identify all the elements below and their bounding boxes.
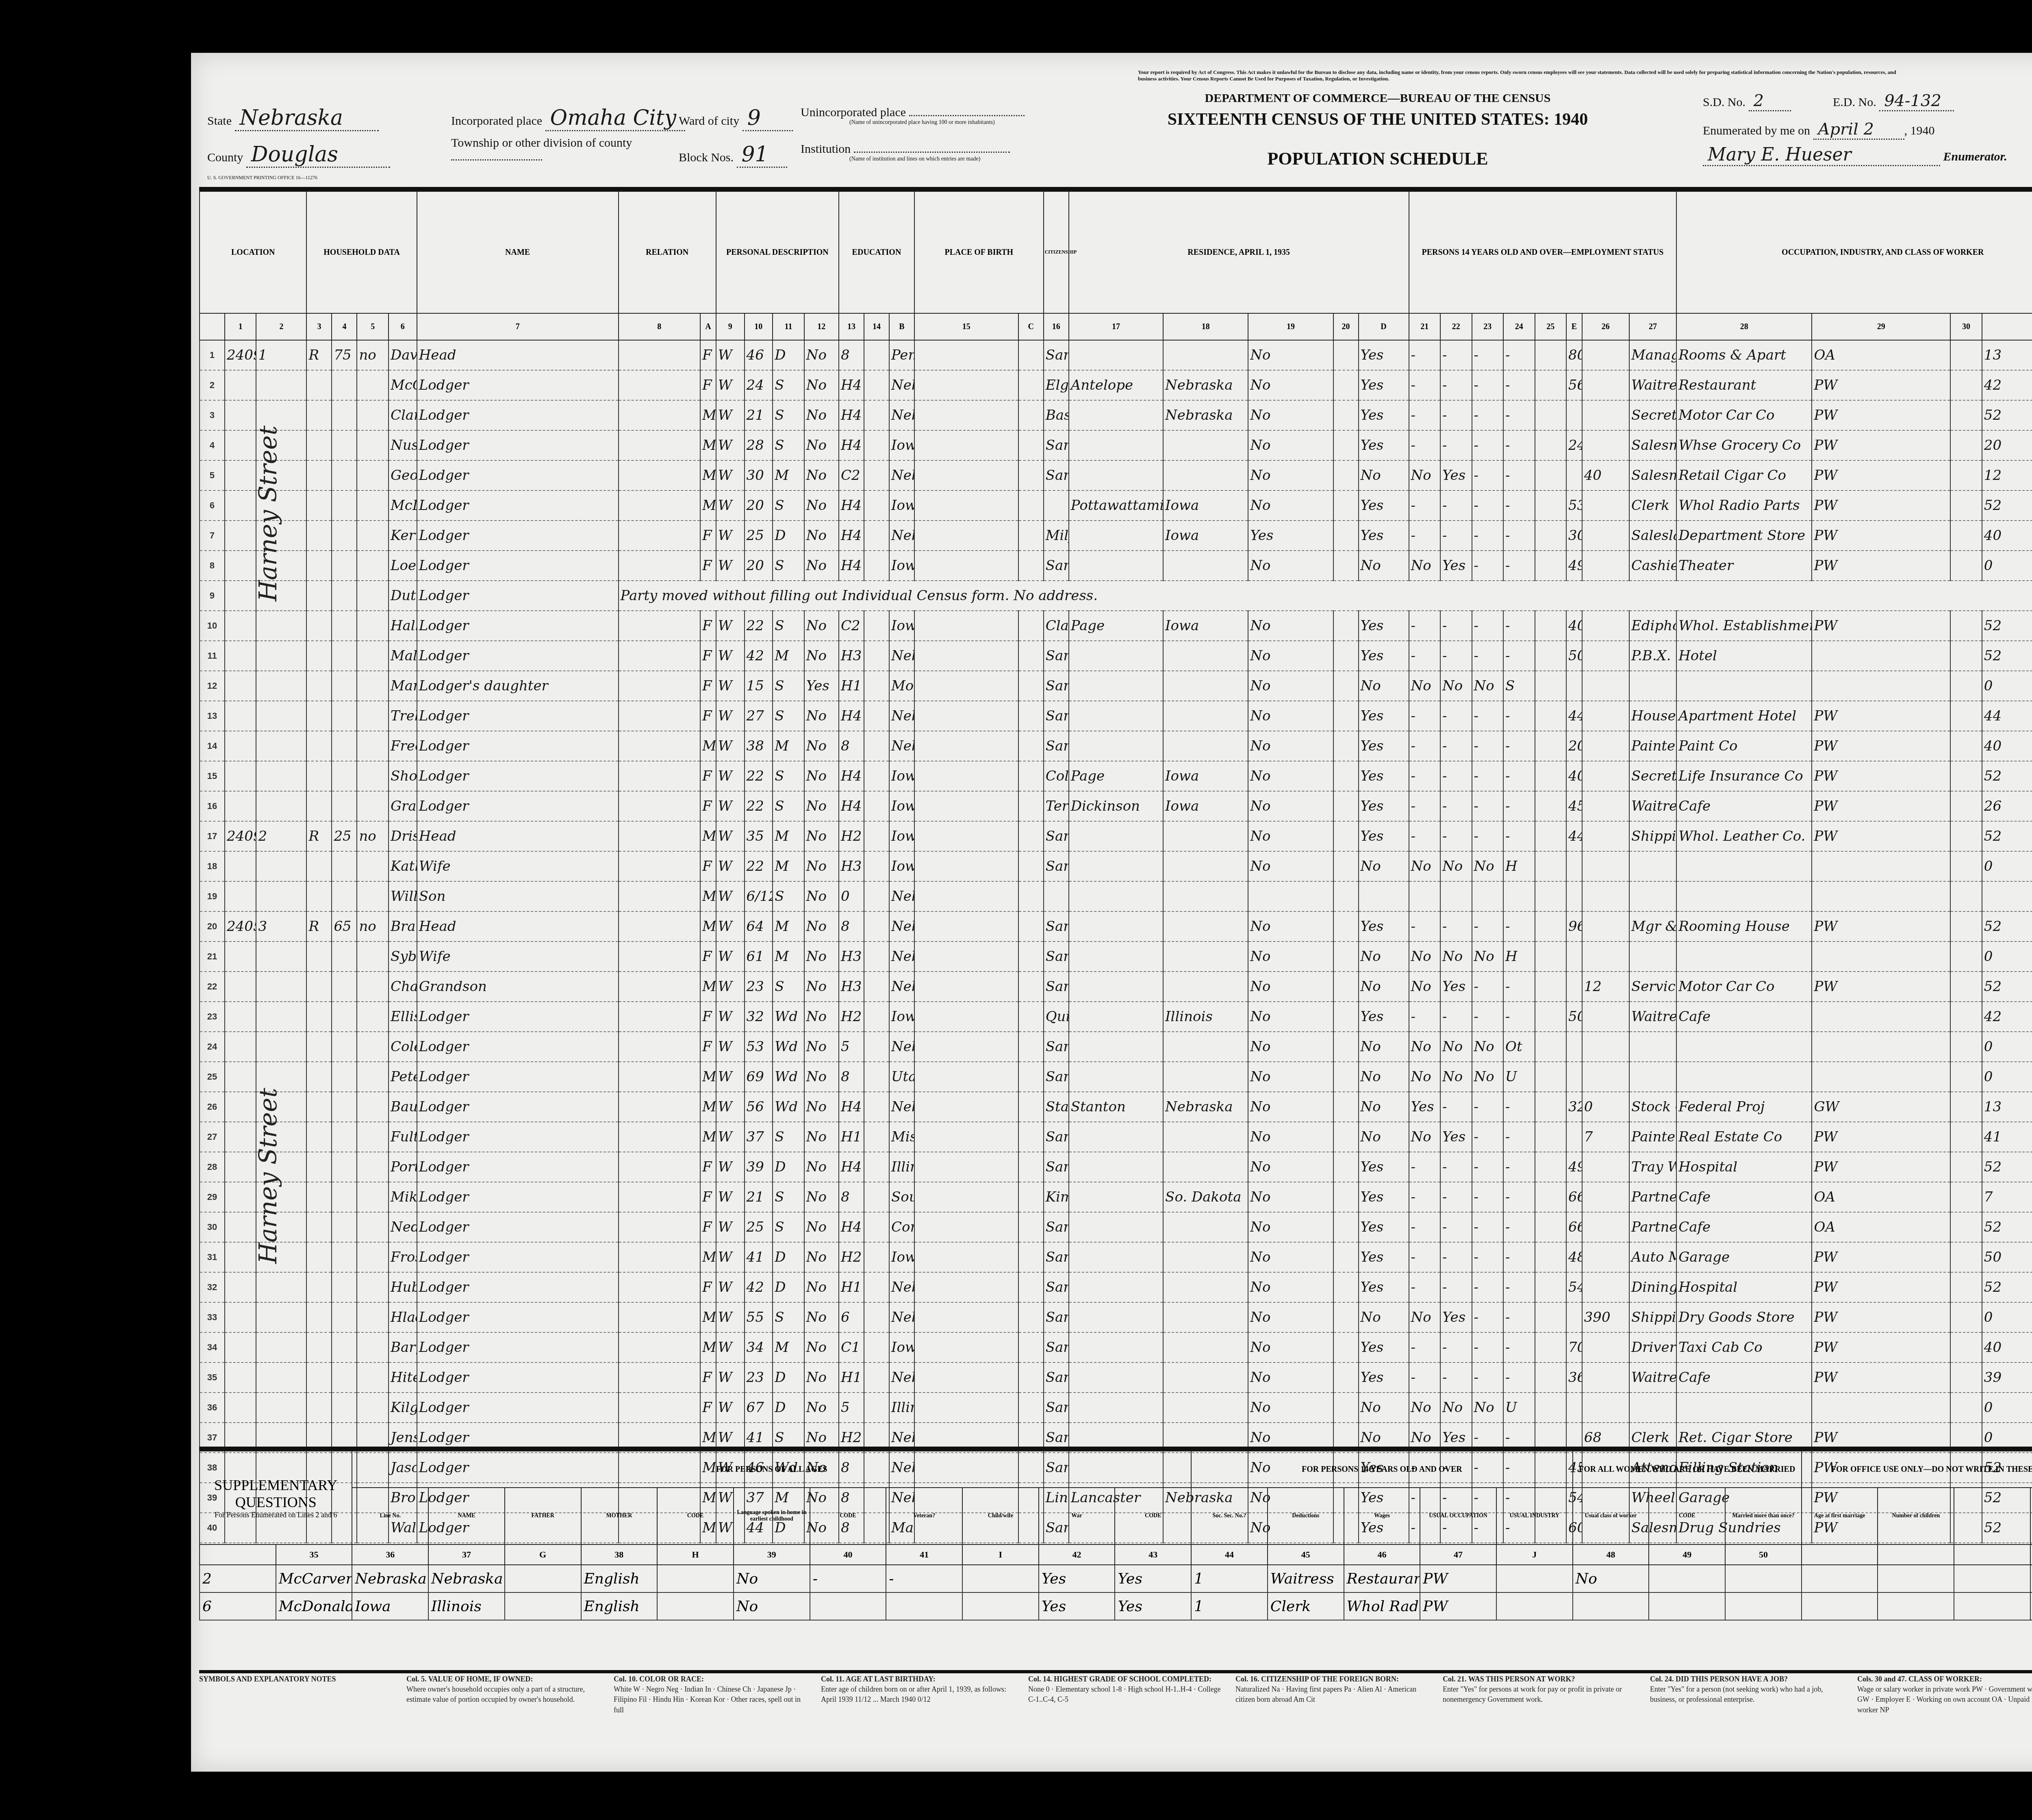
- cell-ind: Cafe: [1676, 791, 1812, 821]
- cell-line: 10: [200, 611, 225, 641]
- cell-birth: Nebraska: [889, 460, 914, 490]
- cell-ind: Apartment Hotel: [1676, 701, 1812, 731]
- cell-wks: 0: [1982, 1032, 2032, 1062]
- cell-c23: -: [1440, 370, 1472, 400]
- cell-c24: -: [1472, 1242, 1503, 1272]
- cell-c25: -: [1503, 551, 1535, 581]
- cell-cls: [1812, 881, 1950, 911]
- cell-ind: Taxi Cab Co: [1676, 1332, 1812, 1362]
- cell-hh: [256, 701, 306, 731]
- cell-rel: Lodger: [417, 1272, 619, 1302]
- cell-rel: Grandson: [417, 972, 619, 1002]
- unincorporated-label: Unincorporated place: [801, 106, 906, 119]
- column-number: A: [700, 313, 716, 340]
- cell-farm35: No: [1248, 1362, 1333, 1393]
- cell-16: [1018, 521, 1044, 551]
- cell-birth: Nebraska: [889, 1362, 914, 1393]
- cell-hrs: [1566, 460, 1582, 490]
- cell-c24: No: [1472, 941, 1503, 972]
- cell-sch: No: [804, 551, 839, 581]
- cell-E: [1535, 1362, 1566, 1393]
- cell-hrs: 96: [1566, 911, 1582, 941]
- cell-sch: No: [804, 731, 839, 761]
- office-column-number: [1954, 1545, 2030, 1565]
- cell-E: [1535, 370, 1566, 400]
- cell-sex: F: [700, 761, 716, 791]
- relation-header: RELATION: [619, 191, 716, 313]
- supp-cell-married: No: [1573, 1565, 1649, 1592]
- cell-16: [1018, 400, 1044, 430]
- cell-c22: -: [1409, 1272, 1440, 1302]
- table-row: 12409 24111R75noDavis, Florence BHeadFW4…: [200, 340, 2032, 370]
- cell-E: [1535, 761, 1566, 791]
- cell-cls: PW: [1812, 430, 1950, 460]
- cell-occ: Painter's Helper: [1629, 731, 1676, 761]
- office-cell: [1802, 1592, 1878, 1620]
- cell-grade: H3: [839, 851, 864, 881]
- cell-wksseek: [1582, 791, 1629, 821]
- cell-race: W: [716, 370, 745, 400]
- supp-cell-code: [505, 1565, 581, 1592]
- cell-wks: 42: [1982, 1002, 2032, 1032]
- cell-c21: Yes: [1359, 791, 1409, 821]
- cell-E: [1535, 1152, 1566, 1182]
- supp-column-name: Line No.: [352, 1488, 428, 1545]
- cell-ind: Hospital: [1676, 1152, 1812, 1182]
- cell-value: [332, 941, 357, 972]
- cell-B: [864, 671, 889, 701]
- cell-age: 23: [745, 972, 773, 1002]
- cell-value: [332, 972, 357, 1002]
- cell-hrs: 40: [1566, 611, 1582, 641]
- cell-wksseek: [1582, 611, 1629, 641]
- cell-line: 31: [200, 1242, 225, 1272]
- cell-house: [225, 430, 256, 460]
- supp-column-name: CODE: [1649, 1488, 1725, 1545]
- unincorporated-field: Unincorporated place (Name of unincorpor…: [801, 106, 1025, 126]
- cell-resstate: [1163, 1062, 1248, 1092]
- cell-hrs: 50: [1566, 1002, 1582, 1032]
- cell-sch: No: [804, 1062, 839, 1092]
- cell-occ: [1629, 1393, 1676, 1423]
- cell-A: [619, 1362, 700, 1393]
- cell-c21: Yes: [1359, 1212, 1409, 1242]
- cell-rescity: Same place: [1044, 941, 1069, 972]
- cell-A: [619, 1393, 700, 1423]
- cell-c21: Yes: [1359, 430, 1409, 460]
- cell-c25: -: [1503, 761, 1535, 791]
- cell-grade: 8: [839, 1182, 864, 1212]
- cell-tenure: [306, 611, 332, 641]
- cell-mar: Wd: [773, 1062, 804, 1092]
- cell-rel: Lodger: [417, 1092, 619, 1122]
- supp-column-name: Age at first marriage: [1802, 1488, 1878, 1545]
- column-number-row: 12345678A91011121314B15C1617181920D21222…: [200, 313, 2032, 340]
- supp-cell-ss: Yes: [1039, 1592, 1115, 1620]
- supp-column-number: 46: [1344, 1545, 1420, 1565]
- cell-value: 75: [332, 340, 357, 370]
- cell-sch: No: [804, 340, 839, 370]
- cell-c25: S: [1503, 671, 1535, 701]
- cell-F: [1950, 1092, 1982, 1122]
- cell-birth: Nebraska: [889, 641, 914, 671]
- cell-grade: C1: [839, 1332, 864, 1362]
- cell-wks: 50: [1982, 1242, 2032, 1272]
- cell-race: W: [716, 400, 745, 430]
- cell-c21: No: [1359, 1092, 1409, 1122]
- cell-sch: No: [804, 430, 839, 460]
- cell-E: [1535, 611, 1566, 641]
- cell-sex: F: [700, 701, 716, 731]
- cell-B: [864, 1062, 889, 1092]
- cell-rescounty: [1069, 521, 1163, 551]
- cell-c24: -: [1472, 1002, 1503, 1032]
- cell-C: [914, 1122, 1018, 1152]
- cell-16: [1018, 941, 1044, 972]
- cell-grade: H4: [839, 430, 864, 460]
- cell-F: [1950, 490, 1982, 521]
- cell-16: [1018, 911, 1044, 941]
- cell-c24: No: [1472, 851, 1503, 881]
- cell-hrs: [1566, 851, 1582, 881]
- cell-c21: Yes: [1359, 1332, 1409, 1362]
- employment-header: PERSONS 14 YEARS OLD AND OVER—EMPLOYMENT…: [1409, 191, 1677, 313]
- cell-rescounty: [1069, 671, 1163, 701]
- cell-rescounty: [1069, 1002, 1163, 1032]
- cell-sch: No: [804, 791, 839, 821]
- cell-birth: Nebraska: [889, 1302, 914, 1332]
- cell-cls: PW: [1812, 1122, 1950, 1152]
- supp-column-number: 37: [428, 1545, 505, 1565]
- cell-C: [914, 611, 1018, 641]
- supp-office-header: FOR OFFICE USE ONLY—DO NOT WRITE IN THES…: [1802, 1451, 2032, 1488]
- cell-tenure: [306, 671, 332, 701]
- cell-value: [332, 430, 357, 460]
- cell-value: [332, 1302, 357, 1332]
- cell-A: [619, 340, 700, 370]
- cell-rescounty: [1069, 731, 1163, 761]
- cell-wks: 13: [1982, 340, 2032, 370]
- supp-title-cell: SUPPLEMENTARY QUESTIONS For Persons Enum…: [200, 1451, 352, 1545]
- table-row: 23Ellis, RuthLodgerFW32WdNoH2IowaQuincyI…: [200, 1002, 2032, 1032]
- table-row: 8Loetz, IolaLodgerFW20SNoH4IowaSame plac…: [200, 551, 2032, 581]
- cell-farm35: No: [1248, 731, 1333, 761]
- township-label: Township or other division of county: [451, 136, 632, 150]
- cell-rel: Lodger: [417, 370, 619, 400]
- cell-value: [332, 1152, 357, 1182]
- cell-16: [1018, 851, 1044, 881]
- cell-sch: No: [804, 972, 839, 1002]
- cell-c24: -: [1472, 1302, 1503, 1332]
- cell-farm35: No: [1248, 1393, 1333, 1423]
- cell-cls: PW: [1812, 1332, 1950, 1362]
- cell-B: [864, 641, 889, 671]
- cell-name: McDonald, Robert: [389, 490, 417, 521]
- cell-house: [225, 521, 256, 551]
- cell-A: [619, 1002, 700, 1032]
- cell-c21: Yes: [1359, 1272, 1409, 1302]
- cell-c24: No: [1472, 1032, 1503, 1062]
- cell-race: W: [716, 1242, 745, 1272]
- cell-16: [1018, 1362, 1044, 1393]
- cell-age: 27: [745, 701, 773, 731]
- cell-race: W: [716, 851, 745, 881]
- cell-race: W: [716, 972, 745, 1002]
- cell-B: [864, 1393, 889, 1423]
- cell-value: [332, 1393, 357, 1423]
- cell-c25: -: [1503, 340, 1535, 370]
- cell-name: Dutton, Roberta: [389, 581, 417, 611]
- cell-c23: -: [1440, 911, 1472, 941]
- cell-16: [1018, 1122, 1044, 1152]
- cell-birth: Nebraska: [889, 521, 914, 551]
- cell-resstate: [1163, 701, 1248, 731]
- enumeration-year: 1940: [1910, 124, 1935, 137]
- column-number: 1: [225, 313, 256, 340]
- cell-c23: -: [1440, 490, 1472, 521]
- personal-header: PERSONAL DESCRIPTION: [716, 191, 839, 313]
- cell-E: [1535, 460, 1566, 490]
- cell-c25: -: [1503, 731, 1535, 761]
- column-number: 29: [1812, 313, 1950, 340]
- cell-birth: Illinois: [889, 1393, 914, 1423]
- supp-row: 2McCarver, BettyNebraskaNebraskaEnglishN…: [200, 1565, 2032, 1592]
- cell-tenure: [306, 1092, 332, 1122]
- table-row: 18KathleenWifeFW22MNoH3IowaSame placeNoN…: [200, 851, 2032, 881]
- cell-hrs: 20: [1566, 731, 1582, 761]
- department-title: DEPARTMENT OF COMMERCE—BUREAU OF THE CEN…: [1174, 91, 1581, 105]
- cell-rel: Head: [417, 340, 619, 370]
- cell-rescounty: Stanton: [1069, 1092, 1163, 1122]
- cell-occ: Saleslady: [1629, 521, 1676, 551]
- cell-16: [1018, 340, 1044, 370]
- cell-value: [332, 1062, 357, 1092]
- cell-birth: Nebraska: [889, 1032, 914, 1062]
- cell-rescity: Same place: [1044, 731, 1069, 761]
- cell-F: [1950, 911, 1982, 941]
- cell-C: [914, 761, 1018, 791]
- cell-sch: No: [804, 1272, 839, 1302]
- cell-occ: Mgr & Operator: [1629, 911, 1676, 941]
- cell-A: [619, 821, 700, 851]
- cell-E: [1535, 911, 1566, 941]
- cell-farm: [357, 400, 388, 430]
- cell-B: [864, 701, 889, 731]
- cell-D: [1333, 1032, 1359, 1062]
- cell-rescounty: Page: [1069, 761, 1163, 791]
- cell-c24: -: [1472, 1332, 1503, 1362]
- cell-occ: Salesman: [1629, 430, 1676, 460]
- cell-farm: [357, 581, 388, 611]
- cell-hrs: 54: [1566, 1272, 1582, 1302]
- cell-rescounty: [1069, 1032, 1163, 1062]
- cell-cls: OA: [1812, 340, 1950, 370]
- supp-column-name: Number of children: [1878, 1488, 1954, 1545]
- cell-c24: -: [1472, 551, 1503, 581]
- supp-cell-ind: Restaurant: [1344, 1565, 1420, 1592]
- cell-occ: Waitress: [1629, 1362, 1676, 1393]
- cell-c23: Yes: [1440, 1302, 1472, 1332]
- cell-D: [1333, 1182, 1359, 1212]
- confidentiality-notice: Your report is required by Act of Congre…: [1138, 69, 1910, 82]
- cell-house: [225, 581, 256, 611]
- table-row: 30Nedavaska, Anne JLodgerFW25SNoH4Connec…: [200, 1212, 2032, 1242]
- cell-A: [619, 1152, 700, 1182]
- cell-sch: No: [804, 1393, 839, 1423]
- office-column: [1954, 1488, 2030, 1545]
- cell-birth: Iowa: [889, 851, 914, 881]
- cell-cls: [1812, 851, 1950, 881]
- cell-grade: H4: [839, 791, 864, 821]
- cell-rescounty: [1069, 1122, 1163, 1152]
- cell-age: 56: [745, 1092, 773, 1122]
- column-number: 11: [773, 313, 804, 340]
- cell-D: [1333, 761, 1359, 791]
- cell-cls: [1812, 671, 1950, 701]
- cell-c23: -: [1440, 1182, 1472, 1212]
- cell-line: 26: [200, 1092, 225, 1122]
- cell-birth: Montana: [889, 671, 914, 701]
- column-number: 26: [1582, 313, 1629, 340]
- cell-sex: M: [700, 731, 716, 761]
- cell-farm35: No: [1248, 1002, 1333, 1032]
- cell-ind: Cafe: [1676, 1362, 1812, 1393]
- cell-sex: F: [700, 1212, 716, 1242]
- cell-c23: -: [1440, 641, 1472, 671]
- cell-name: Hubbell, Emma D: [389, 1272, 417, 1302]
- cell-ind: Whol. Establishment: [1676, 611, 1812, 641]
- cell-c21: No: [1359, 1062, 1409, 1092]
- cell-c21: Yes: [1359, 641, 1409, 671]
- cell-rescity: Same place: [1044, 1362, 1069, 1393]
- cell-farm35: Yes: [1248, 521, 1333, 551]
- cell-rescity: Same place: [1044, 1062, 1069, 1092]
- cell-wksseek: [1582, 1002, 1629, 1032]
- cell-A: [619, 701, 700, 731]
- cell-rel: Lodger: [417, 611, 619, 641]
- cell-C: [914, 1272, 1018, 1302]
- cell-D: [1333, 1062, 1359, 1092]
- cell-hh: 3: [256, 911, 306, 941]
- cell-sex: F: [700, 641, 716, 671]
- cell-sch: No: [804, 1092, 839, 1122]
- cell-C: [914, 641, 1018, 671]
- cell-c24: -: [1472, 1272, 1503, 1302]
- cell-resstate: Nebraska: [1163, 1092, 1248, 1122]
- cell-farm35: No: [1248, 911, 1333, 941]
- column-number: 18: [1163, 313, 1248, 340]
- cell-hrs: 32: [1566, 1092, 1582, 1122]
- cell-C: [914, 821, 1018, 851]
- cell-resstate: [1163, 1302, 1248, 1332]
- cell-mar: S: [773, 551, 804, 581]
- cell-wksseek: [1582, 641, 1629, 671]
- cell-c24: No: [1472, 1062, 1503, 1092]
- note-title: Cols. 30 and 47. CLASS OF WORKER:: [1857, 1674, 2032, 1684]
- supp-cell-kids: [1725, 1565, 1802, 1592]
- ed-field: E.D. No. 94-132: [1833, 91, 1954, 111]
- cell-E: [1535, 1272, 1566, 1302]
- county-value: Douglas: [246, 142, 390, 168]
- cell-farm35: No: [1248, 460, 1333, 490]
- cell-age: 25: [745, 521, 773, 551]
- cell-occ: [1629, 851, 1676, 881]
- cell-mar: S: [773, 1212, 804, 1242]
- cell-C: [914, 1302, 1018, 1332]
- cell-birth: Utah: [889, 1062, 914, 1092]
- cell-rel: Lodger: [417, 791, 619, 821]
- cell-age: 35: [745, 821, 773, 851]
- cell-house: [225, 1272, 256, 1302]
- cell-wksseek: 12: [1582, 972, 1629, 1002]
- state-field: State Nebraska: [207, 106, 379, 131]
- cell-c22: -: [1409, 701, 1440, 731]
- cell-tenure: [306, 430, 332, 460]
- cell-sex: F: [700, 791, 716, 821]
- cell-rescounty: Dickinson: [1069, 791, 1163, 821]
- cell-wks: 52: [1982, 490, 2032, 521]
- cell-16: [1018, 611, 1044, 641]
- cell-rel: Head: [417, 911, 619, 941]
- supp-cell-c40: [810, 1592, 886, 1620]
- supp-column-number: 47: [1420, 1545, 1496, 1565]
- cell-tenure: [306, 460, 332, 490]
- cell-wks: 0: [1982, 551, 2032, 581]
- cell-age: 22: [745, 761, 773, 791]
- cell-cls: PW: [1812, 972, 1950, 1002]
- cell-c23: No: [1440, 1393, 1472, 1423]
- cell-C: [914, 551, 1018, 581]
- cell-rescity: Same house: [1044, 1242, 1069, 1272]
- cell-ind: [1676, 1062, 1812, 1092]
- cell-wksseek: 0: [1582, 1092, 1629, 1122]
- supp-cell-line: 2: [200, 1565, 276, 1592]
- cell-C: [914, 941, 1018, 972]
- cell-rescounty: [1069, 701, 1163, 731]
- cell-age: 42: [745, 1272, 773, 1302]
- cell-hrs: [1566, 1122, 1582, 1152]
- cell-c22: -: [1409, 611, 1440, 641]
- cell-hh: [256, 881, 306, 911]
- cell-name: Malone, Marita: [389, 641, 417, 671]
- cell-C: [914, 1062, 1018, 1092]
- incorporated-place-value: Omaha City: [545, 106, 685, 131]
- cell-E: [1535, 881, 1566, 911]
- cell-rescounty: [1069, 1062, 1163, 1092]
- cell-A: [619, 761, 700, 791]
- cell-mar: D: [773, 340, 804, 370]
- explanatory-notes: SYMBOLS AND EXPLANATORY NOTESCol. 5. VAL…: [199, 1674, 2032, 1764]
- cell-line: 27: [200, 1122, 225, 1152]
- cell-farm: [357, 370, 388, 400]
- cell-hh: 2: [256, 821, 306, 851]
- cell-rel: Lodger: [417, 551, 619, 581]
- cell-hrs: 49: [1566, 551, 1582, 581]
- cell-farm35: No: [1248, 1332, 1333, 1362]
- cell-rel: Lodger: [417, 1212, 619, 1242]
- cell-c21: Yes: [1359, 761, 1409, 791]
- cell-c22: No: [1409, 1062, 1440, 1092]
- cell-c25: H: [1503, 851, 1535, 881]
- cell-hh: [256, 731, 306, 761]
- cell-ind: [1676, 671, 1812, 701]
- cell-age: 22: [745, 851, 773, 881]
- cell-rescounty: Antelope: [1069, 370, 1163, 400]
- cell-c24: -: [1472, 641, 1503, 671]
- office-cell: [2030, 1565, 2032, 1592]
- cell-grade: H4: [839, 1212, 864, 1242]
- cell-name: Baum, Howard R: [389, 1092, 417, 1122]
